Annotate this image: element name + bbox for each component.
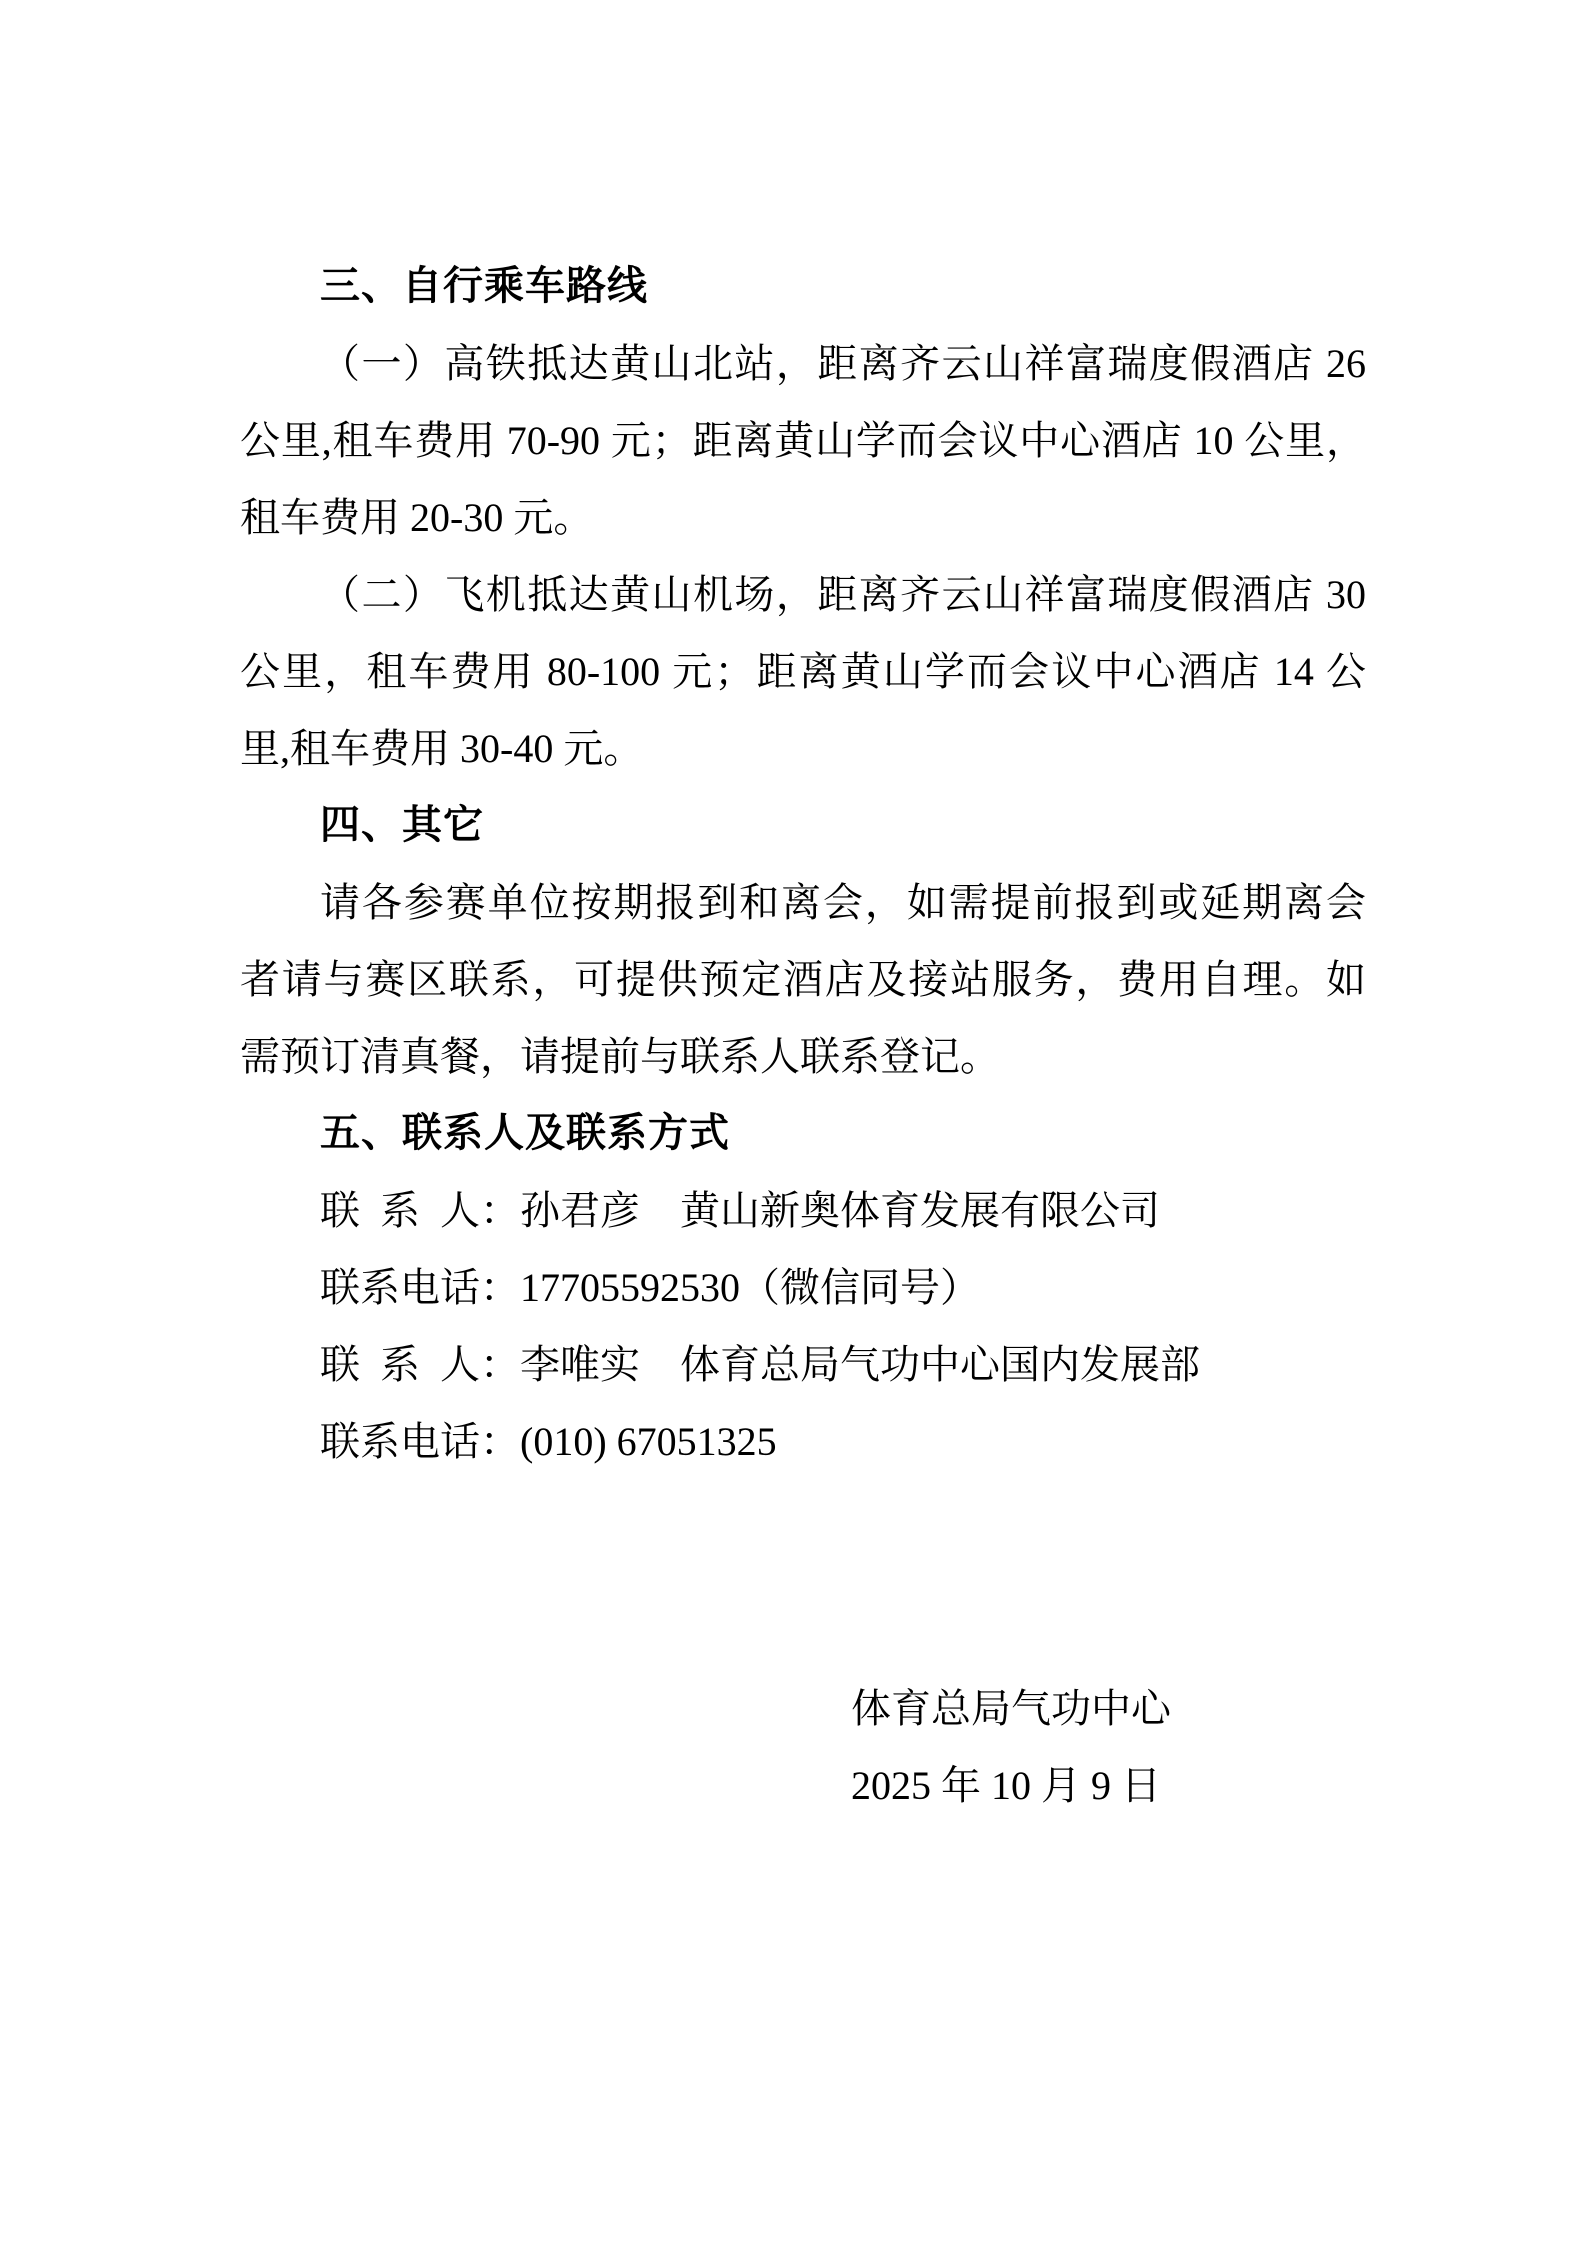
signature-block: 体育总局气功中心 2025 年 10 月 9 日 [851, 1670, 1366, 1824]
signature-org: 体育总局气功中心 [851, 1670, 1366, 1747]
section-heading: 三、自行乘车路线 [240, 248, 1366, 325]
signature-date: 2025 年 10 月 9 日 [851, 1747, 1366, 1824]
text-line: （二）飞机抵达黄山机场，距离齐云山祥富瑞度假酒店 30 [240, 556, 1366, 633]
text-line: 公里，租车费用 80-100 元；距离黄山学而会议中心酒店 14 公 [240, 633, 1366, 710]
text-line: 公里,租车费用 70-90 元；距离黄山学而会议中心酒店 10 公里， [240, 402, 1366, 479]
text-line: 需预订清真餐，请提前与联系人联系登记。 [240, 1018, 1366, 1095]
document-page: 三、自行乘车路线（一）高铁抵达黄山北站，距离齐云山祥富瑞度假酒店 26公里,租车… [0, 0, 1588, 2245]
text-line: 联 系 人：孙君彦 黄山新奥体育发展有限公司 [240, 1172, 1366, 1249]
document-content: 三、自行乘车路线（一）高铁抵达黄山北站，距离齐云山祥富瑞度假酒店 26公里,租车… [240, 248, 1366, 1824]
section-heading: 五、联系人及联系方式 [240, 1095, 1366, 1172]
section-heading: 四、其它 [240, 787, 1366, 864]
text-line: 者请与赛区联系，可提供预定酒店及接站服务，费用自理。如 [240, 941, 1366, 1018]
text-line: （一）高铁抵达黄山北站，距离齐云山祥富瑞度假酒店 26 [240, 325, 1366, 402]
text-line: 里,租车费用 30-40 元。 [240, 710, 1366, 787]
document-body-lines: 三、自行乘车路线（一）高铁抵达黄山北站，距离齐云山祥富瑞度假酒店 26公里,租车… [240, 248, 1366, 1480]
text-line: 联 系 人：李唯实 体育总局气功中心国内发展部 [240, 1326, 1366, 1403]
text-line: 联系电话：(010) 67051325 [240, 1403, 1366, 1480]
text-line: 请各参赛单位按期报到和离会，如需提前报到或延期离会 [240, 864, 1366, 941]
text-line: 租车费用 20-30 元。 [240, 479, 1366, 556]
text-line: 联系电话：17705592530（微信同号） [240, 1249, 1366, 1326]
